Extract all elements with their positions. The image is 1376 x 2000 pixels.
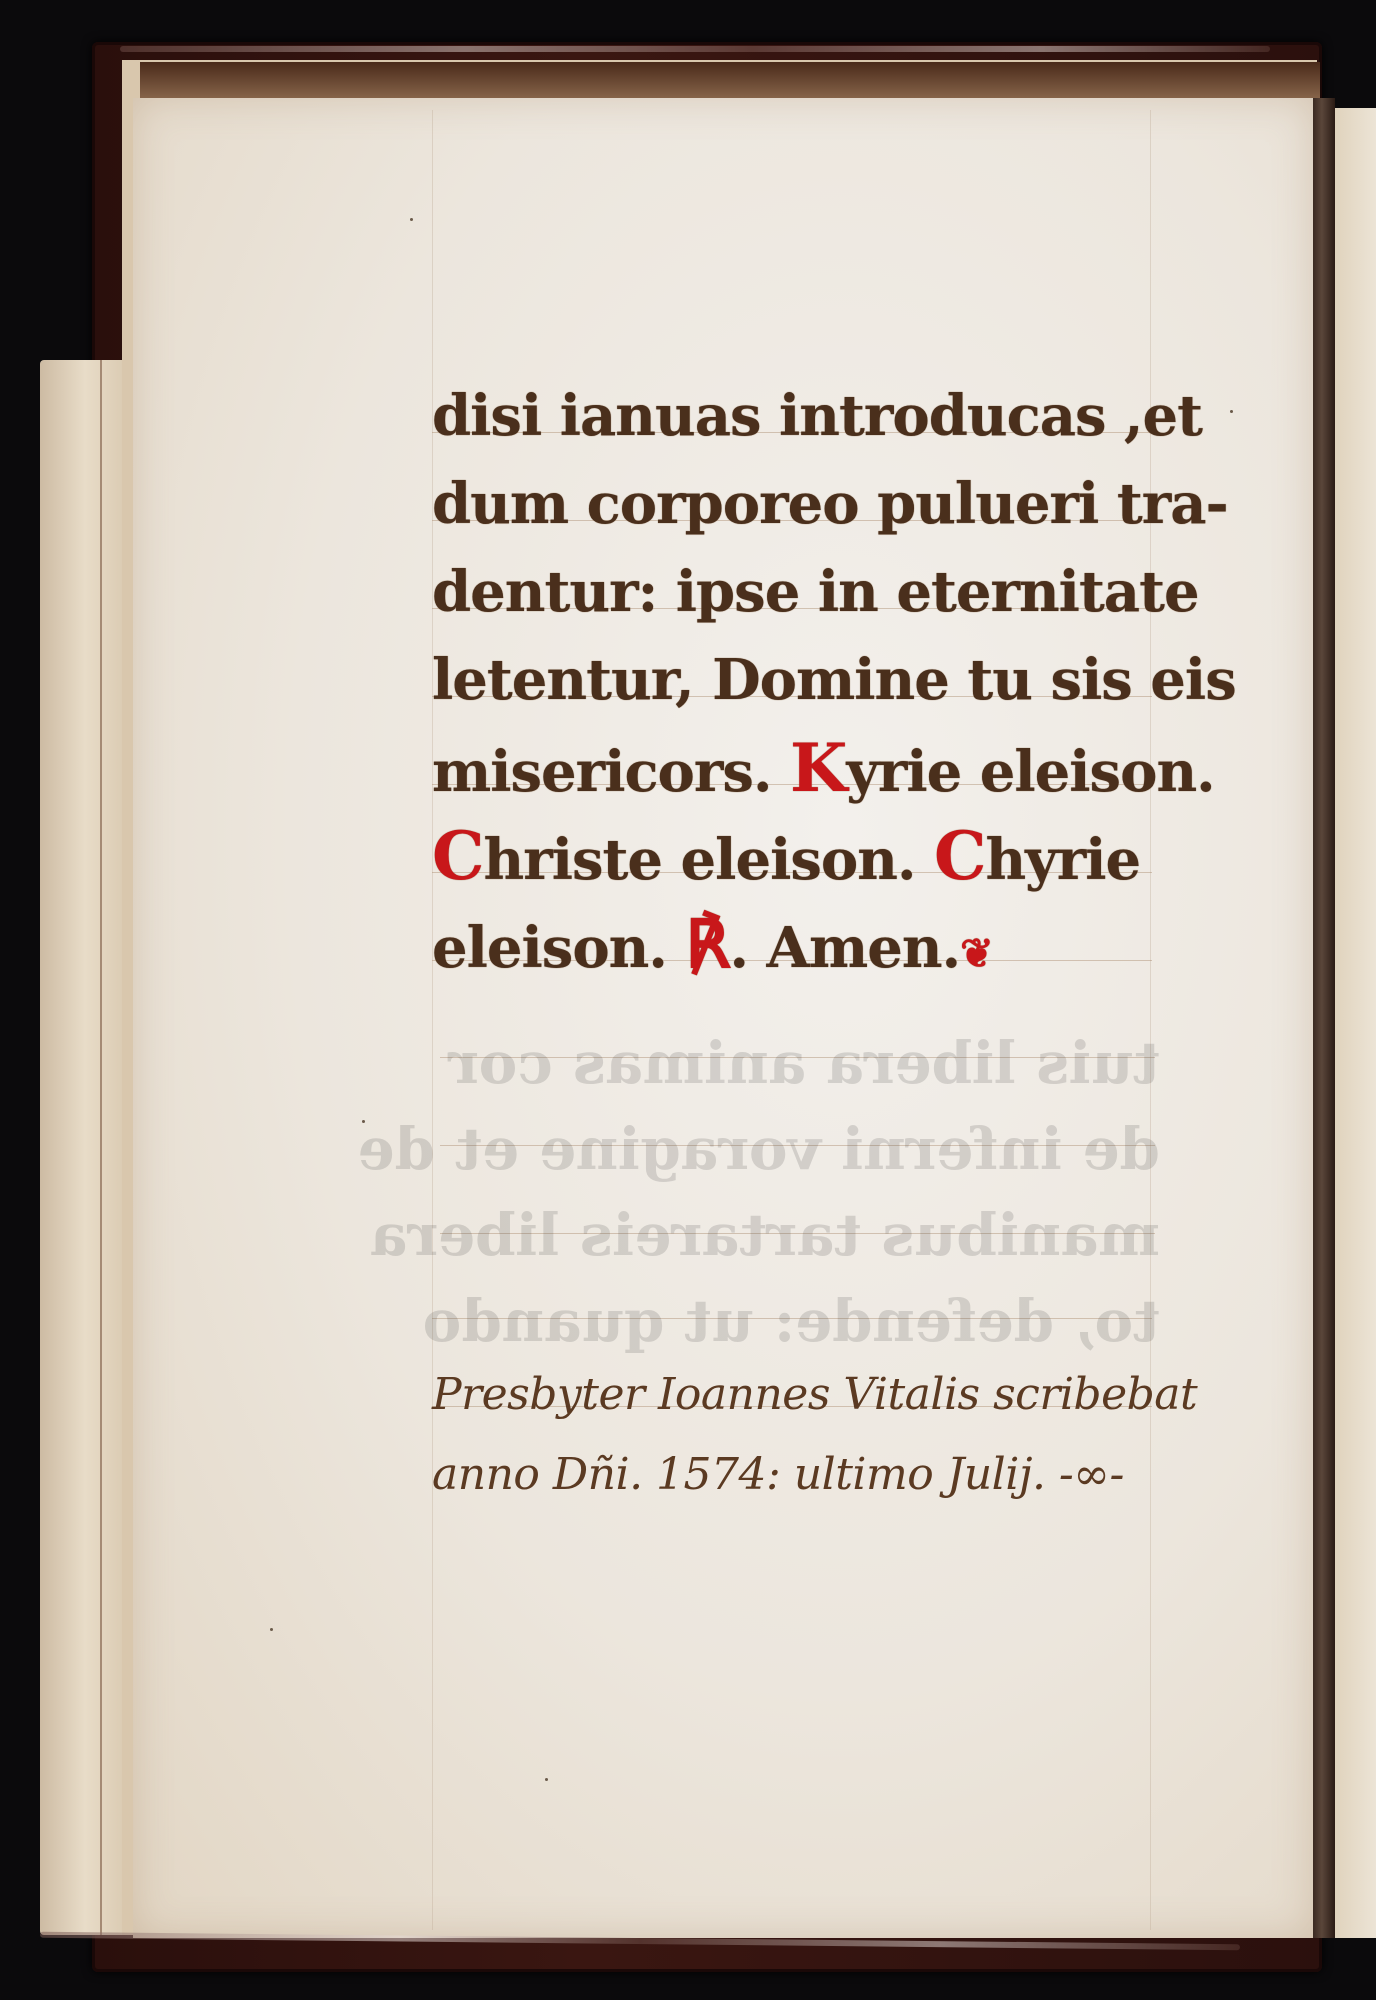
text-line: dum corporeo pulueri tra- [432, 460, 1192, 548]
ghost-line: tuis liberа animas cor [440, 1020, 1160, 1106]
text-segment: dentur: ipse in eternitate [432, 559, 1199, 625]
facing-page-edge [1335, 108, 1376, 1938]
ornament-flourish-icon: ❦ [960, 930, 993, 977]
colophon-line-date: anno Dñi. 1574: ultimo Julij. -∞- [432, 1435, 1192, 1515]
text-line: dentur: ipse in eternitate [432, 548, 1192, 636]
ghost-line: de inferni voragine et de [440, 1106, 1160, 1192]
binding-top-edge [120, 46, 1270, 52]
colophon-line-scribe: Presbyter Ioannes Vitalis scribebat [432, 1355, 1192, 1435]
text-segment: hyrie [985, 827, 1140, 893]
text-segment: . Amen. [730, 915, 961, 981]
rubric-initial-k: K [790, 729, 846, 807]
text-segment: hriste eleison. [484, 827, 934, 893]
colophon: Presbyter Ioannes Vitalis scribebat anno… [432, 1355, 1192, 1515]
foxing-speck [1230, 410, 1233, 413]
text-segment: misericors. [432, 739, 790, 805]
ghost-line: to, defende: ut quando [440, 1278, 1160, 1364]
main-text-block: disi ianuas introducas ,et dum corporeo … [432, 372, 1192, 988]
text-line: misericors. Kyrie eleison. [432, 724, 1192, 812]
text-line: disi ianuas introducas ,et [432, 372, 1192, 460]
rubric-initial-c: C [432, 817, 484, 895]
ghost-line: manibus tartareis libera [440, 1192, 1160, 1278]
response-symbol-icon: ℟ [685, 905, 729, 983]
foxing-speck [410, 218, 413, 221]
foxing-speck [545, 1778, 548, 1781]
text-segment: yrie eleison. [846, 739, 1214, 805]
text-segment: dum corporeo pulueri tra- [432, 471, 1228, 537]
text-segment: eleison. [432, 915, 685, 981]
rubric-initial-c: C [934, 817, 986, 895]
text-line: eleison. ℟. Amen.❦ [432, 900, 1192, 988]
foxing-speck [362, 1120, 365, 1123]
endleaf-shadow [140, 62, 1320, 102]
text-line: letentur, Domine tu sis eis [432, 636, 1192, 724]
page-stack-edge [40, 360, 130, 1935]
bleed-through-text: tuis liberа animas cor de inferni voragi… [440, 1020, 1160, 1364]
text-line: Christe eleison. Chyrie [432, 812, 1192, 900]
foxing-speck [270, 1628, 273, 1631]
book-gutter [1313, 98, 1335, 1938]
text-segment: letentur, Domine tu sis eis [432, 647, 1236, 713]
text-segment: disi ianuas introducas ,et [432, 383, 1202, 449]
